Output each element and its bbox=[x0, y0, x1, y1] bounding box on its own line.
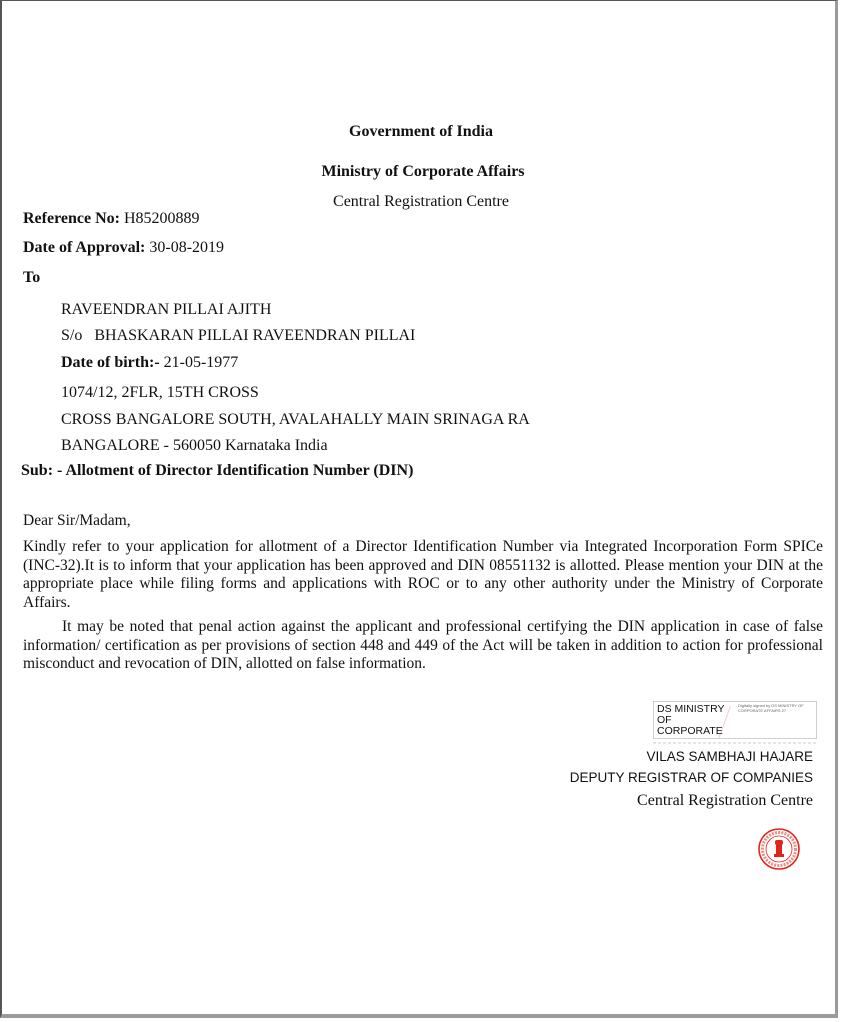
address-line-1: 1074/12, 2FLR, 15TH CROSS bbox=[61, 384, 259, 402]
address-line-3: BANGALORE - 560050 Karnataka India bbox=[61, 437, 328, 455]
salutation: Dear Sir/Madam, bbox=[23, 512, 131, 530]
addressee-name: RAVEENDRAN PILLAI AJITH bbox=[61, 301, 271, 319]
signatory-designation: DEPUTY REGISTRAR OF COMPANIES bbox=[570, 770, 813, 785]
addressee-relation: S/o BHASKARAN PILLAI RAVEENDRAN PILLAI bbox=[61, 327, 415, 345]
address-line-2: CROSS BANGALORE SOUTH, AVALAHALLY MAIN S… bbox=[61, 411, 530, 429]
ministry-seal-icon bbox=[753, 827, 805, 871]
signatory-office: Central Registration Centre bbox=[637, 792, 813, 810]
digital-signature-fine-print: Digitally signed by DS MINISTRY OF CORPO… bbox=[738, 704, 816, 713]
dob-value: 21-05-1977 bbox=[164, 354, 239, 371]
dob-label: Date of birth:- bbox=[61, 354, 160, 371]
reference-label: Reference No: bbox=[23, 210, 120, 227]
approval-value: 30-08-2019 bbox=[149, 239, 224, 256]
digital-signature-signer: DS MINISTRY OF CORPORATE AFFAIRS 27 bbox=[657, 704, 737, 739]
to-label: To bbox=[23, 269, 40, 287]
header-centre: Central Registration Centre bbox=[2, 193, 840, 211]
body-paragraph-2: It may be noted that penal action agains… bbox=[23, 618, 823, 674]
approval-date: Date of Approval: 30-08-2019 bbox=[23, 239, 224, 257]
reference-value: H85200889 bbox=[124, 210, 200, 227]
digital-signature-box: DS MINISTRY OF CORPORATE AFFAIRS 27 Digi… bbox=[653, 701, 817, 739]
signatory-name: VILAS SAMBHAJI HAJARE bbox=[646, 749, 813, 764]
signature-divider bbox=[653, 742, 817, 744]
approval-label: Date of Approval: bbox=[23, 239, 145, 256]
header-ministry: Ministry of Corporate Affairs bbox=[4, 163, 842, 181]
body-paragraph-1: Kindly refer to your application for all… bbox=[23, 538, 823, 612]
reference-number: Reference No: H85200889 bbox=[23, 210, 200, 228]
header-government: Government of India bbox=[2, 123, 840, 141]
addressee-dob: Date of birth:- 21-05-1977 bbox=[61, 354, 238, 372]
document-page: Government of India Ministry of Corporat… bbox=[0, 0, 838, 1018]
subject-line: Sub: - Allotment of Director Identificat… bbox=[21, 462, 413, 480]
relation-name: BHASKARAN PILLAI RAVEENDRAN PILLAI bbox=[94, 327, 415, 344]
relation-label: S/o bbox=[61, 327, 82, 344]
